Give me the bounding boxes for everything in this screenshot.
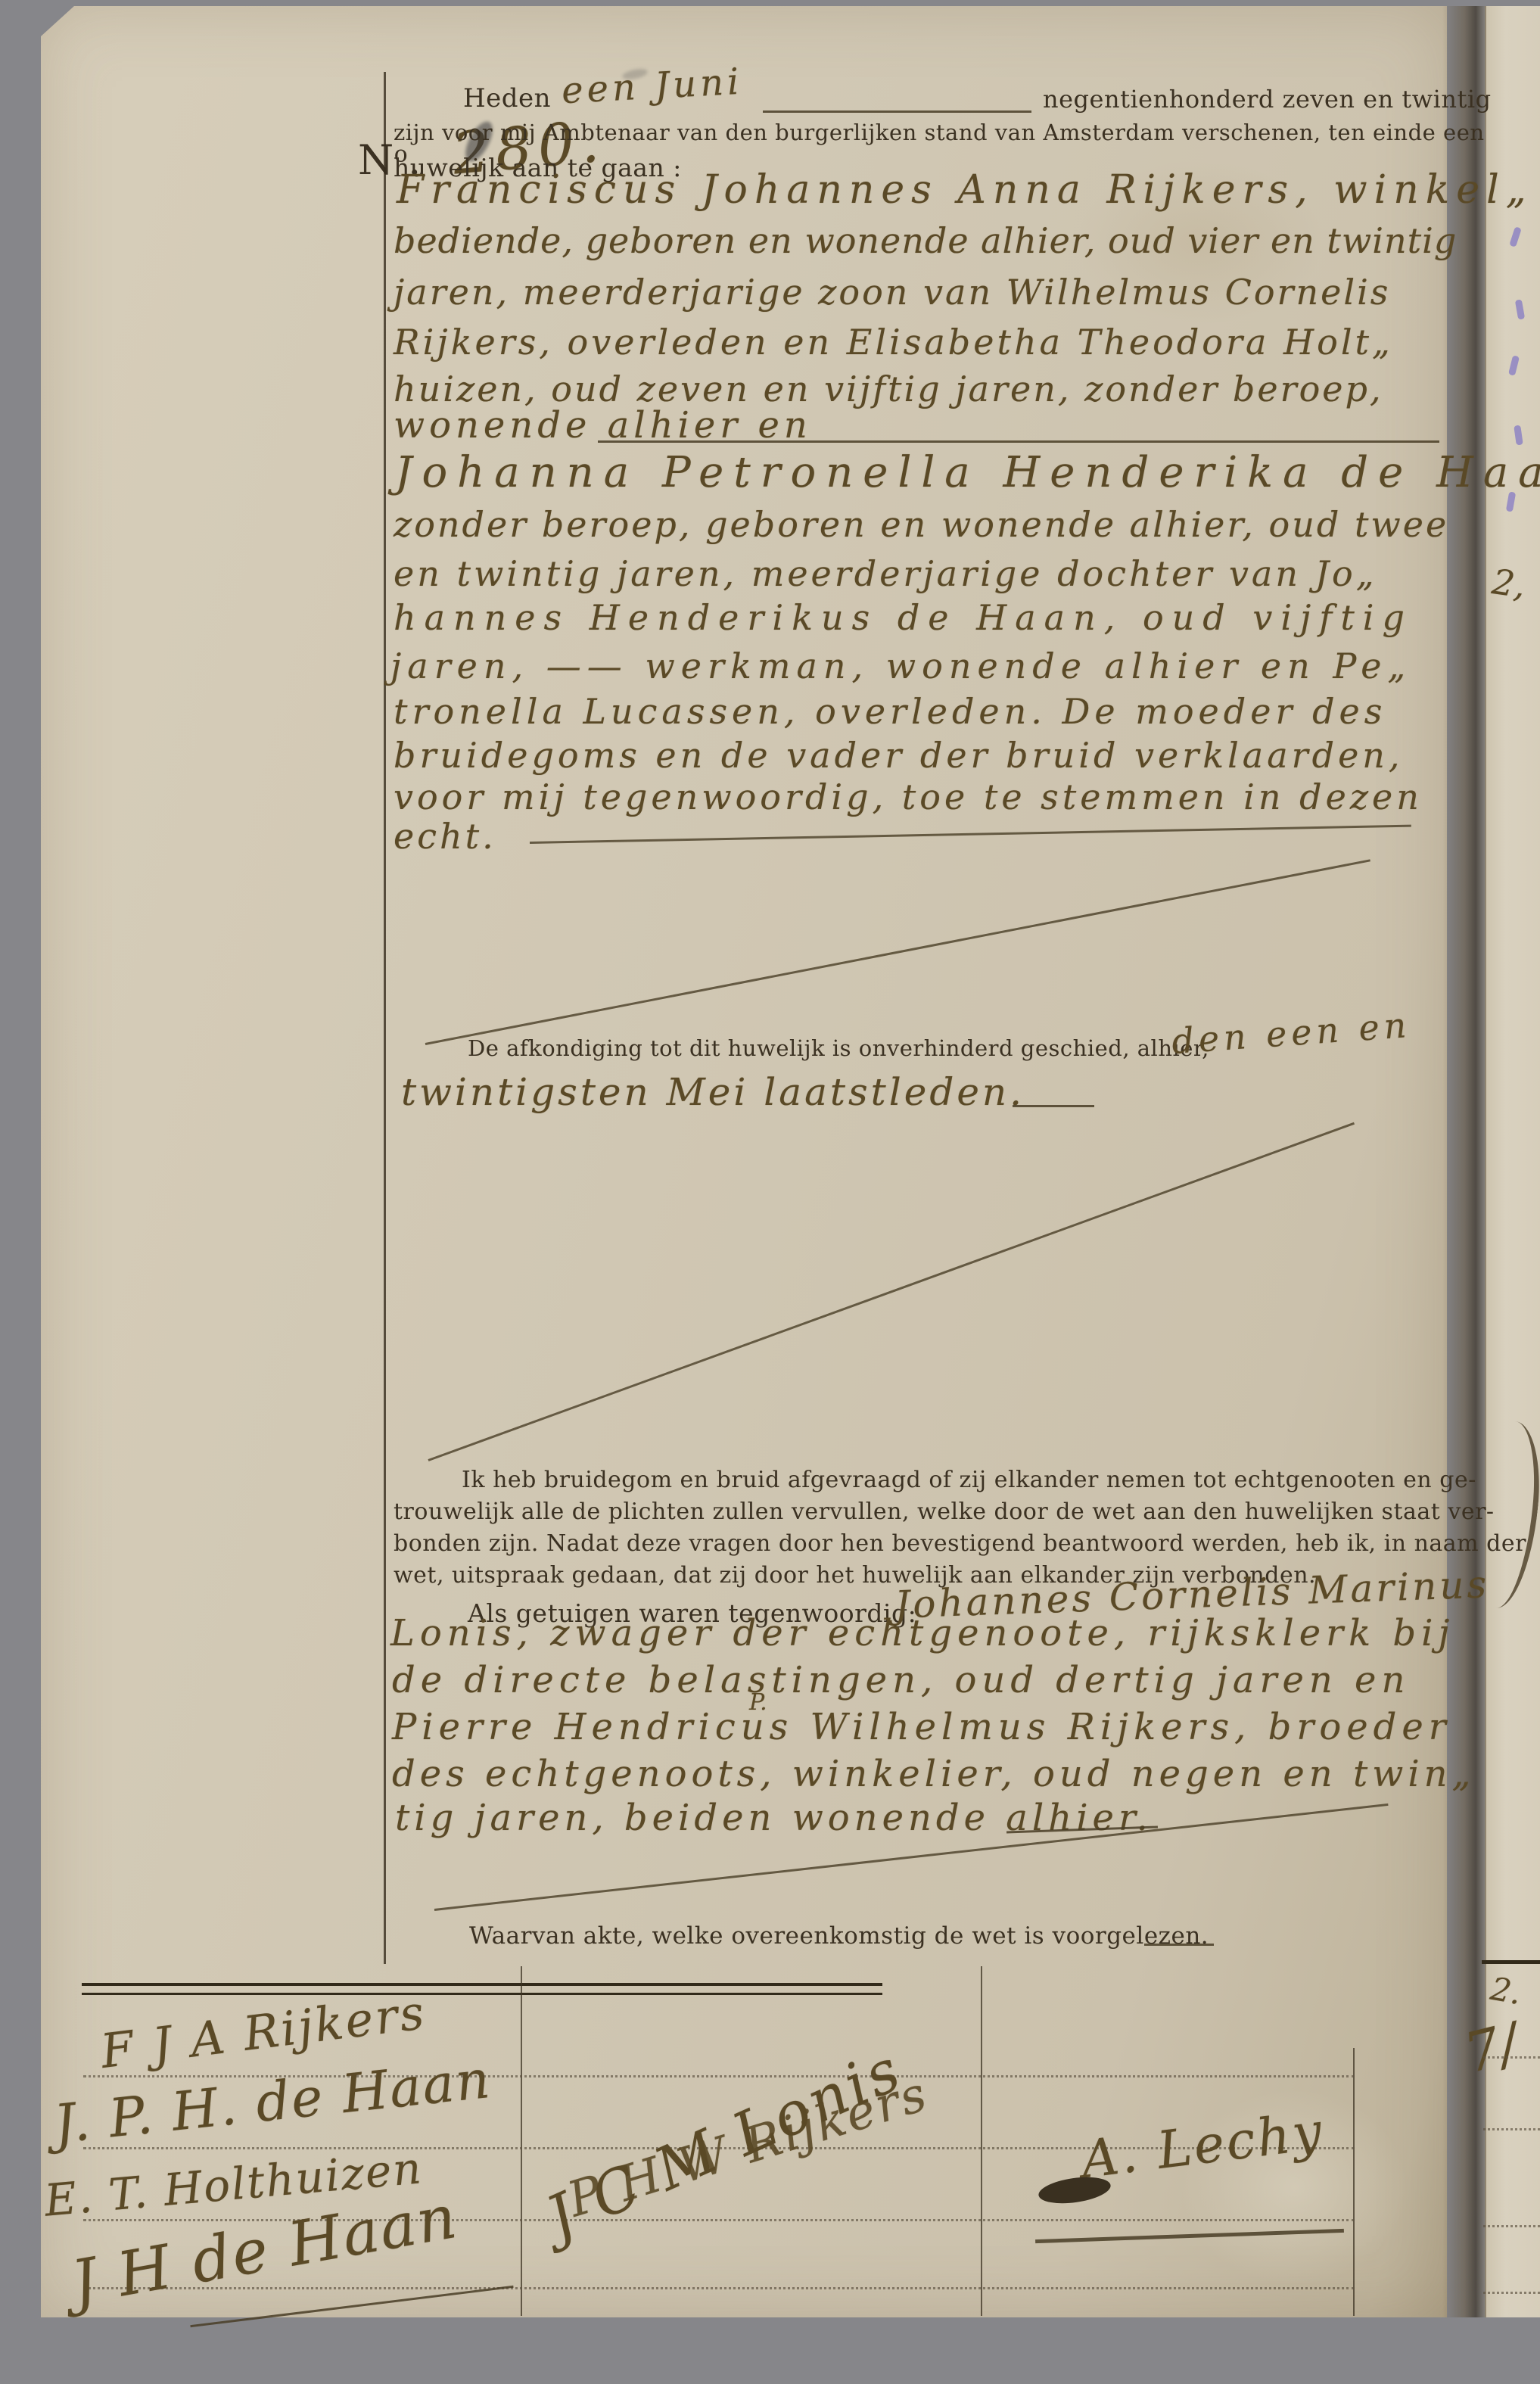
act-number-n: N	[358, 136, 394, 184]
header-year: negentienhonderd zeven en twintig	[1043, 85, 1492, 114]
filler-line	[598, 440, 1439, 443]
margin-number-upper: 2,	[1489, 561, 1528, 606]
bride-line: bruidegoms en de vader der bruid verklaa…	[394, 735, 1404, 776]
header-heden: Heden	[463, 83, 551, 114]
witness-line: tig jaren, beiden wonende alhier.	[395, 1797, 1153, 1839]
bride-line: Johanna Petronella Henderika de Haan,	[395, 448, 1540, 497]
filler-line	[763, 110, 1031, 113]
bride-line: hannes Henderikus de Haan, oud vijftig	[394, 597, 1413, 638]
signature-grid-vline	[981, 1966, 982, 2316]
declaration-line: Ik heb bruidegom en bruid afgevraagd of …	[462, 1467, 1476, 1493]
signature-grid-vline	[1353, 2048, 1355, 2316]
bride-line: echt.	[394, 816, 496, 857]
sliver-row-line	[1483, 2225, 1540, 2227]
declaration-line: bonden zijn. Nadat deze vragen door hen …	[394, 1530, 1526, 1557]
filler-line	[1144, 1944, 1214, 1946]
sliver-row-line	[1483, 2056, 1540, 2059]
bride-line: en twintig jaren, meerderjarige dochter …	[394, 553, 1377, 594]
groom-line: jaren, meerderjarige zoon van Wilhelmus …	[394, 272, 1390, 313]
bride-line: zonder beroep, geboren en wonende alhier…	[394, 504, 1448, 545]
bride-line: jaren, —— werkman, wonende alhier en Pe„	[390, 646, 1411, 686]
sliver-row-line	[1483, 2128, 1540, 2130]
groom-line: huizen, oud zeven en vijftig jaren, zond…	[394, 369, 1383, 409]
witness-line: Lonis, zwager der echtgenoote, rijkskler…	[390, 1612, 1454, 1654]
signature-grid-vline	[521, 1966, 522, 2316]
bride-line: voor mij tegenwoordig, toe te stemmen in…	[394, 777, 1423, 817]
header-line2: zijn voor mij Ambtenaar van den burgerli…	[394, 120, 1449, 145]
declaration-line: trouwelijk alle de plichten zullen vervu…	[394, 1499, 1495, 1525]
closing-printed-line: Waarvan akte, welke overeenkomstig de we…	[469, 1922, 1209, 1950]
signature-grid-row-line	[83, 2287, 1355, 2289]
groom-line: Rijkers, overleden en Elisabetha Theodor…	[394, 322, 1393, 363]
margin-number-lower: 2.	[1488, 1970, 1524, 2012]
groom-line: bediende, geboren en wonende alhier, oud…	[394, 220, 1457, 261]
margin-vertical-rule	[384, 72, 386, 1964]
sliver-end-rule	[1482, 1960, 1540, 1964]
witness-line: de directe belastingen, oud dertig jaren…	[392, 1659, 1410, 1701]
sliver-row-line	[1483, 2292, 1540, 2294]
banns-printed-line: De afkondiging tot dit huwelijk is onver…	[468, 1035, 1209, 1061]
end-double-rule	[82, 1983, 882, 1995]
groom-line: Franciscus Johannes Anna Rijkers, winkel…	[397, 167, 1533, 213]
banns-date-line2: twintigsten Mei laatstleden.	[401, 1070, 1025, 1114]
marriage-certificate-scan: No. 280. Heden een Juni negentienhonderd…	[0, 0, 1540, 2384]
book-gutter-shadow	[1442, 6, 1486, 2317]
witness-line: Pierre Hendricus Wilhelmus Rijkers, broe…	[392, 1706, 1451, 1748]
next-page-sliver	[1485, 6, 1540, 2317]
witness-line: des echtgenoots, winkelier, oud negen en…	[392, 1753, 1475, 1795]
filler-line	[1013, 1105, 1094, 1107]
bride-line: tronella Lucassen, overleden. De moeder …	[394, 691, 1386, 732]
